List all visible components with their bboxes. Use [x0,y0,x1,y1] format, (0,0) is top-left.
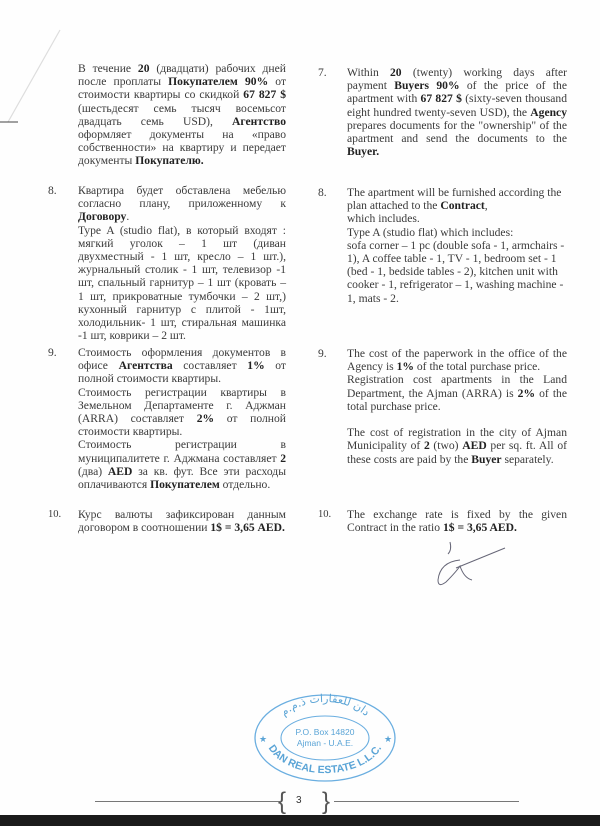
scan-edge [0,815,600,826]
svg-text:★: ★ [259,734,267,744]
clause-7-en-text: Within 20 (twenty) working days after pa… [347,66,567,158]
footer-brace-left: { [278,788,286,816]
document-page: В течение 20 (двадцати) рабочих дней пос… [0,0,600,815]
footer-brace-right: } [322,788,330,816]
page-number: 3 [296,795,302,806]
clause-number: 10. [48,508,70,521]
clause-9-ru-text: Стоимость оформления документов в офисе … [78,346,286,491]
clause-10-en-text: The exchange rate is fixed by the given … [347,508,567,534]
clause-8-en-text: The apartment will be furnished accordin… [347,186,567,305]
svg-text:Ajman - U.A.E.: Ajman - U.A.E. [297,738,353,748]
clause-number: 10. [318,508,340,521]
clause-10-ru-text: Курс валюты зафиксирован данным договоро… [78,508,286,534]
clause-number: 8. [318,186,340,199]
company-stamp: دان للعقارات ذ.م.م DAN REAL ESTATE L.L.C… [252,692,398,784]
clause-number: 9. [318,347,340,360]
svg-text:دان للعقارات ذ.م.م: دان للعقارات ذ.م.م [278,692,373,719]
clause-number: 7. [318,66,340,79]
signature-icon [430,540,510,595]
clause-7-ru-text: В течение 20 (двадцати) рабочих дней пос… [78,62,286,168]
clause-8-ru-text: Квартира будет обставлена мебелью соглас… [78,184,286,342]
clause-number: 9. [48,346,70,359]
footer-line-right [334,801,519,802]
clause-number: 8. [48,184,70,197]
svg-text:P.O. Box 14820: P.O. Box 14820 [296,727,355,737]
svg-text:★: ★ [384,734,392,744]
clause-9-en-text: The cost of the paperwork in the office … [347,347,567,466]
footer-line-left [95,801,280,802]
